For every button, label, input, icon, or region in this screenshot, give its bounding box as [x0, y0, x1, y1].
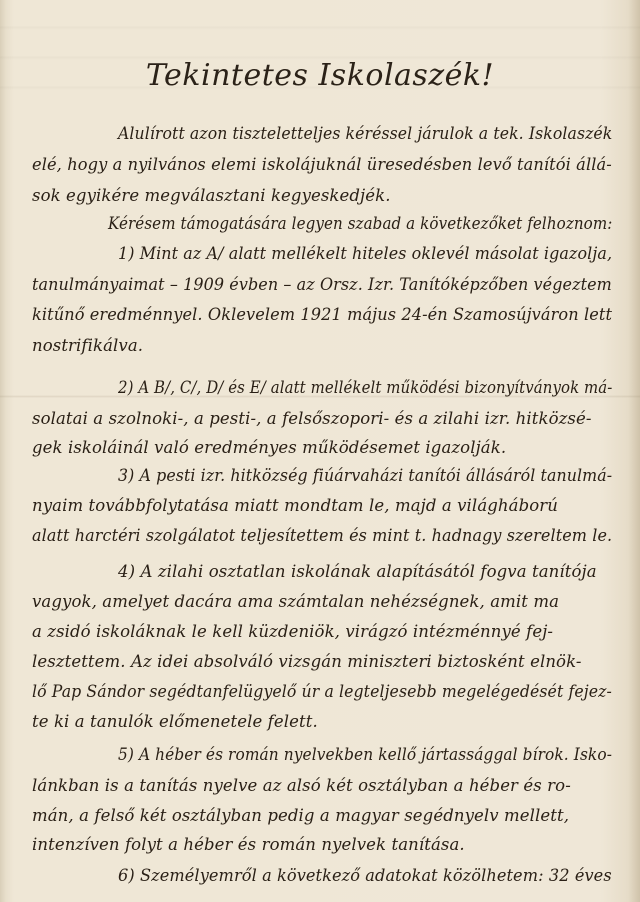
- text-line: lő Pap Sándor segédtanfelügyelő úr a leg…: [32, 682, 612, 701]
- text-line: sok egyikére megválasztani kegyeskedjék.: [32, 186, 391, 205]
- text-line: nostrifikálva.: [32, 336, 143, 355]
- letter-salutation: Tekintetes Iskolaszék!: [0, 58, 640, 93]
- text-line: tanulmányaimat – 1909 évben – az Orsz. I…: [32, 275, 612, 294]
- text-line: alatt harctéri szolgálatot teljesítettem…: [32, 526, 612, 545]
- text-line: intenzíven folyt a héber és román nyelve…: [32, 835, 465, 854]
- text-line: gek iskoláinál való eredményes működésem…: [32, 438, 506, 457]
- text-line: Alulírott azon tiszteletteljes kéréssel …: [118, 124, 612, 143]
- text-line: Kérésem támogatására legyen szabad a köv…: [108, 214, 612, 233]
- list-item-5: 5) A héber és román nyelvekben kellő jár…: [118, 745, 612, 764]
- list-item-4: 4) A zilahi osztatlan iskolának alapítás…: [118, 562, 597, 581]
- text-line: te ki a tanulók előmenetele felett.: [32, 712, 318, 731]
- text-line: a zsidó iskoláknak le kell küzdeniök, vi…: [32, 622, 553, 641]
- text-line: lánkban is a tanítás nyelve az alsó két …: [32, 776, 571, 795]
- list-item-2: 2) A B/, C/, D/ és E/ alatt mellékelt mű…: [118, 378, 612, 397]
- text-line: nyaim továbbfolytatása miatt mondtam le,…: [32, 496, 558, 515]
- text-line: elé, hogy a nyilvános elemi iskolájuknál…: [32, 155, 612, 174]
- text-line: lesztettem. Az idei absolváló vizsgán mi…: [32, 652, 582, 671]
- list-item-1: 1) Mint az A/ alatt mellékelt hiteles ok…: [118, 244, 612, 263]
- text-line: solatai a szolnoki-, a pesti-, a felsősz…: [32, 409, 592, 428]
- text-line: vagyok, amelyet dacára ama számtalan neh…: [32, 592, 559, 611]
- list-item-6: 6) Személyemről a következő adatokat köz…: [118, 866, 612, 885]
- text-line: mán, a felső két osztályban pedig a magy…: [32, 806, 569, 825]
- list-item-3: 3) A pesti izr. hitközség fiúárvaházi ta…: [118, 466, 612, 485]
- text-line: kitűnő eredménnyel. Oklevelem 1921 május…: [32, 305, 612, 324]
- scanned-letter-page: Tekintetes Iskolaszék! Alulírott azon ti…: [0, 0, 640, 902]
